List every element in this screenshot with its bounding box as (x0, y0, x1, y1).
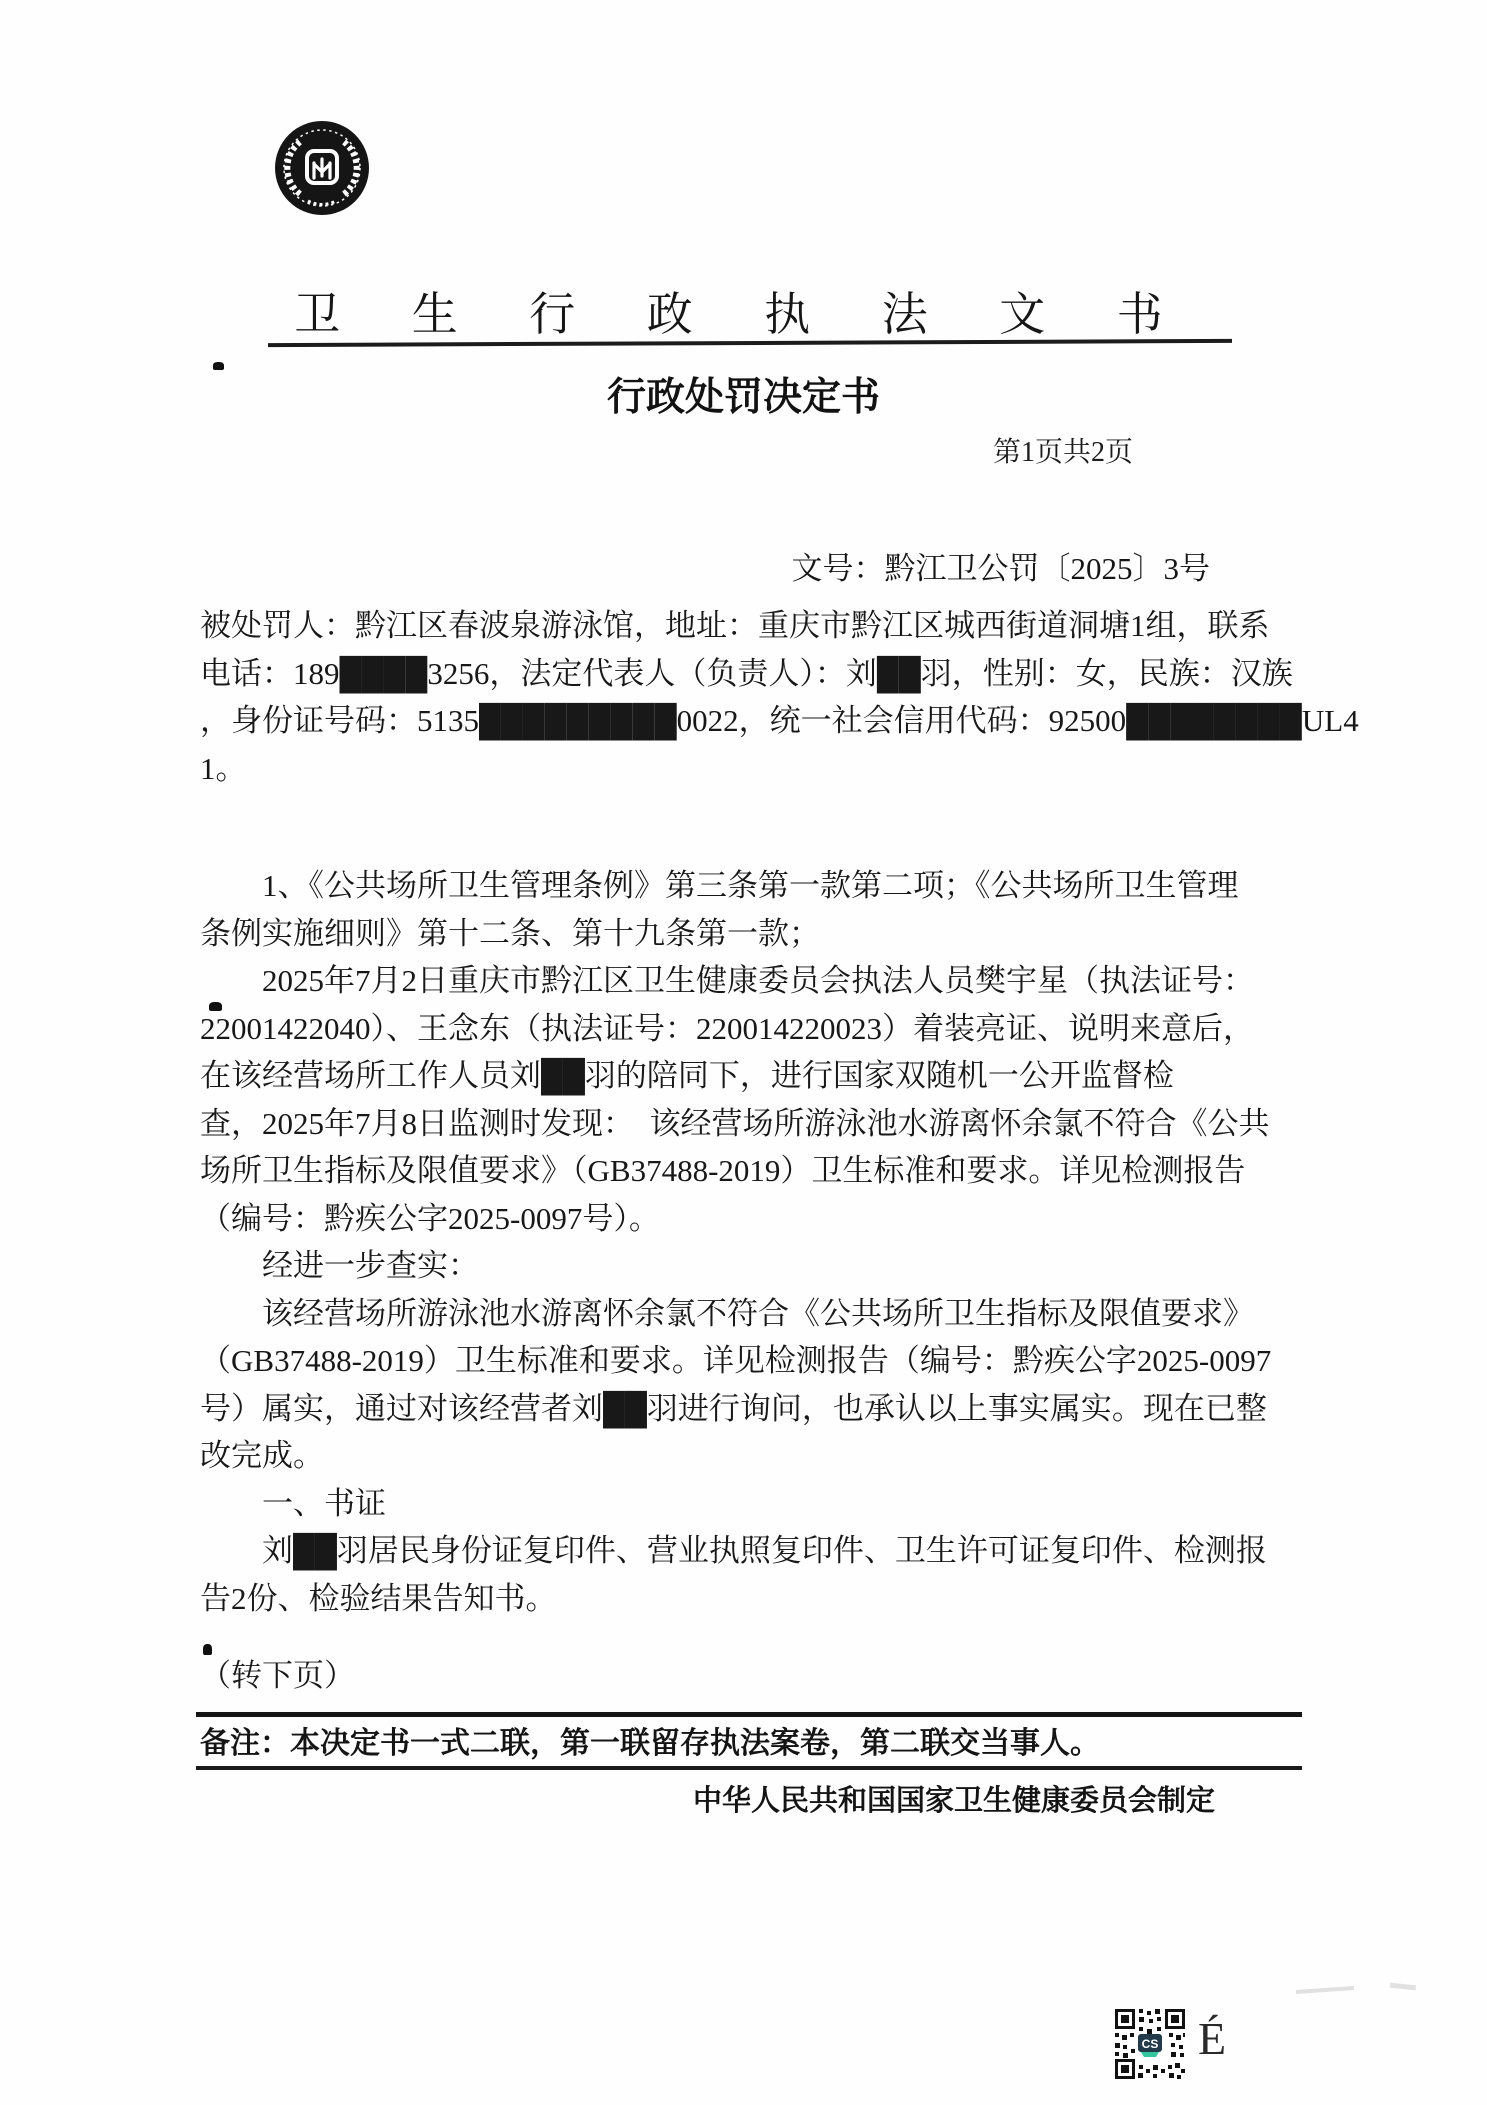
body-line: 该经营场所游泳池水游离怀余氯不符合《公共场所卫生指标及限值要求》 (200, 1290, 1240, 1338)
cs-badge-accent (1141, 2052, 1159, 2057)
body-line: 在该经营场所工作人员刘██羽的陪同下，进行国家双随机一公开监督检 (200, 1052, 1240, 1100)
body-line: 22001422040）、王念东（执法证号：220014220023）着装亮证、… (200, 1005, 1240, 1053)
scan-artifact-smudge (1390, 1983, 1416, 1991)
body-line: 场所卫生指标及限值要求》（GB37488-2019）卫生标准和要求。详见检测报告 (200, 1147, 1240, 1195)
footer-divider-top (196, 1712, 1302, 1717)
body-line: 1、《公共场所卫生管理条例》第三条第一款第二项；《公共场所卫生管理 (200, 862, 1240, 910)
body-line: 条例实施细则》第十二条、第十九条第一款； (200, 910, 1240, 958)
scan-artifact-dot (213, 362, 224, 370)
body-line: 一、书证 (200, 1480, 1240, 1528)
body-line: 2025年7月2日重庆市黔江区卫生健康委员会执法人员樊宇星（执法证号： (200, 957, 1240, 1005)
footer-issuer: 中华人民共和国国家卫生健康委员会制定 (693, 1778, 1215, 1819)
document-category-title: 卫 生 行 政 执 法 文 书 (0, 278, 1487, 344)
scan-artifact-dot (203, 1644, 212, 1655)
footer-divider-bottom (196, 1766, 1302, 1770)
body-line: 查，2025年7月8日监测时发现： 该经营场所游泳池水游离怀余氯不符合《公共 (200, 1100, 1240, 1148)
body-line: 刘██羽居民身份证复印件、营业执照复印件、卫生许可证复印件、检测报 (200, 1527, 1240, 1575)
scanned-document-page: 卫 生 行 政 执 法 文 书 行政处罚决定书 第1页共2页 文号：黔江卫公罚〔… (0, 0, 1487, 2105)
body-line: 经进一步查实： (200, 1242, 1240, 1290)
footer-note: 备注：本决定书一式二联，第一联留存执法案卷，第二联交当事人。 (200, 1722, 1302, 1766)
body-line: 电话：189████3256，法定代表人（负责人）：刘██羽，性别：女，民族：汉… (200, 650, 1240, 698)
document-number: 文号：黔江卫公罚〔2025〕3号 (792, 543, 1211, 588)
health-commission-seal-icon (272, 118, 372, 218)
page-indicator: 第1页共2页 (993, 430, 1133, 470)
body-line: 号）属实，通过对该经营者刘██羽进行询问，也承认以上事实属实。现在已整 (200, 1385, 1240, 1433)
cs-badge-label: CS (1142, 2037, 1159, 2051)
body-line: （转下页） (200, 1652, 1240, 1700)
body-line: （GB37488-2019）卫生标准和要求。详见检测报告（编号：黔疾公字2025… (200, 1337, 1240, 1385)
document-body: 被处罚人：黔江区春波泉游泳馆，地址：重庆市黔江区城西街道洞塘1组，联系电话：18… (200, 602, 1240, 1700)
body-line: ，身份证号码：5135█████████0022，统一社会信用代码：92500█… (200, 697, 1240, 745)
scan-artifact-smudge (1296, 1986, 1354, 1994)
body-line: 改完成。 (200, 1432, 1240, 1480)
scan-artifact-dot (209, 1002, 222, 1011)
document-title: 行政处罚决定书 (0, 366, 1487, 422)
body-line: 告2份、检验结果告知书。 (200, 1575, 1240, 1623)
body-line: （编号：黔疾公字2025-0097号）。 (200, 1195, 1240, 1243)
body-line: 被处罚人：黔江区春波泉游泳馆，地址：重庆市黔江区城西街道洞塘1组，联系 (200, 602, 1240, 650)
stray-glyph: É (1198, 2012, 1226, 2065)
camscanner-qr-code: CS (1113, 2007, 1187, 2081)
body-line: 1。 (200, 745, 1240, 793)
